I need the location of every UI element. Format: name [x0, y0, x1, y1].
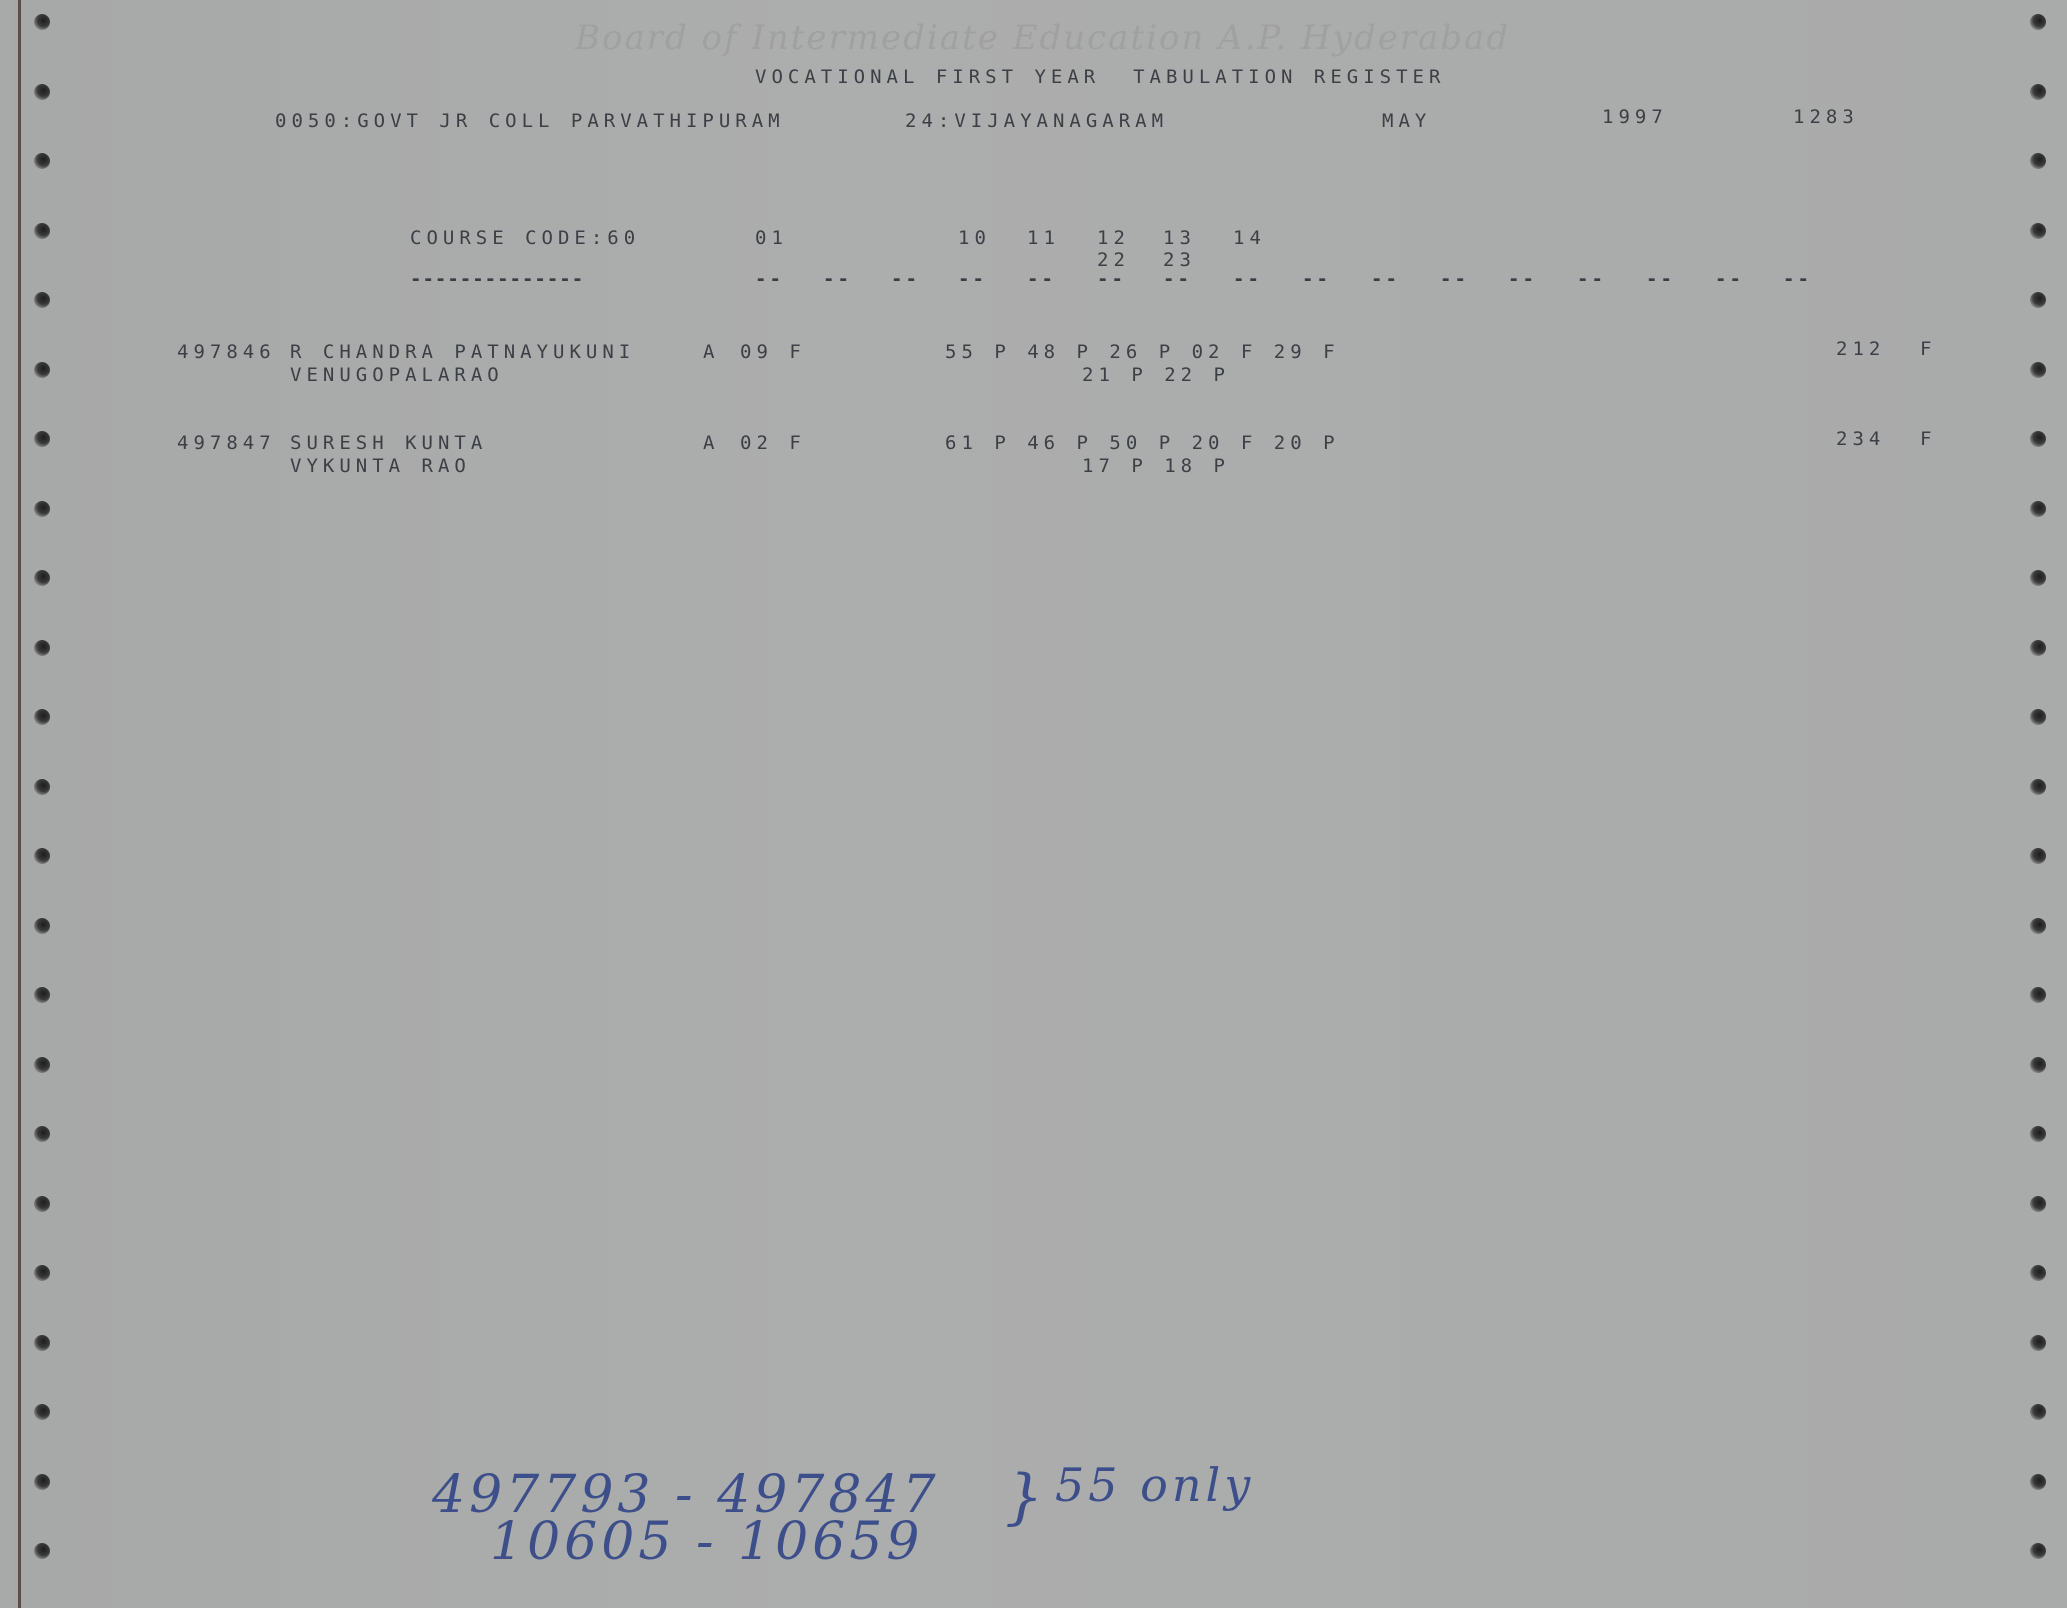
- candidate-flag: A: [703, 343, 719, 362]
- exam-month: MAY: [1382, 112, 1431, 131]
- feed-hole-icon: [34, 918, 50, 934]
- father-name: VENUGOPALARAO: [290, 366, 504, 385]
- feed-hole-icon: [2030, 1057, 2046, 1073]
- column-dash: --: [1508, 268, 1537, 290]
- feed-hole-icon: [34, 292, 50, 308]
- feed-hole-icon: [2030, 1265, 2046, 1281]
- feed-hole-icon: [2030, 570, 2046, 586]
- column-dash: --: [1715, 268, 1744, 290]
- feed-hole-icon: [2030, 223, 2046, 239]
- subject-code-14: 14: [1233, 229, 1266, 248]
- column-dash: --: [1027, 268, 1056, 290]
- father-name: VYKUNTA RAO: [290, 457, 471, 476]
- subject-code-12: 12: [1097, 229, 1130, 248]
- feed-hole-icon: [34, 1404, 50, 1420]
- handwritten-count-note: 55 only: [1055, 1458, 1254, 1512]
- feed-hole-icon: [2030, 1126, 2046, 1142]
- feed-hole-icon: [34, 779, 50, 795]
- feed-hole-icon: [2030, 1404, 2046, 1420]
- student-name: R CHANDRA PATNAYUKUNI: [290, 343, 635, 362]
- handwritten-brace: }: [1005, 1462, 1047, 1532]
- college-code: 0050:GOVT JR COLL PARVATHIPURAM: [275, 112, 785, 131]
- feed-hole-icon: [2030, 84, 2046, 100]
- feed-hole-icon: [2030, 1474, 2046, 1490]
- candidate-flag: A: [703, 434, 719, 453]
- feed-hole-icon: [34, 84, 50, 100]
- feed-hole-icon: [34, 501, 50, 517]
- feed-hole-icon: [2030, 640, 2046, 656]
- result: F: [1920, 340, 1936, 359]
- column-dash: --: [891, 268, 920, 290]
- column-dash: --: [1163, 268, 1192, 290]
- subject-code-11: 11: [1027, 229, 1060, 248]
- feed-hole-icon: [34, 1057, 50, 1073]
- feed-hole-icon: [2030, 1543, 2046, 1559]
- handwritten-serial-range: 10605 - 10659: [490, 1512, 923, 1572]
- column-dash: --: [1371, 268, 1400, 290]
- feed-hole-icon: [2030, 153, 2046, 169]
- column-dash: --: [1577, 268, 1606, 290]
- feed-hole-icon: [2030, 292, 2046, 308]
- column-dash: --: [823, 268, 852, 290]
- feed-hole-icon: [2030, 918, 2046, 934]
- column-dash: --: [755, 268, 784, 290]
- feed-hole-icon: [34, 1196, 50, 1212]
- feed-hole-icon: [34, 1474, 50, 1490]
- feed-hole-icon: [2030, 848, 2046, 864]
- paper-edge: [18, 0, 21, 1608]
- feed-hole-icon: [34, 1543, 50, 1559]
- feed-hole-icon: [2030, 987, 2046, 1003]
- column-dash: --: [1233, 268, 1262, 290]
- feed-hole-icon: [34, 1126, 50, 1142]
- feed-hole-icon: [34, 431, 50, 447]
- feed-hole-icon: [2030, 1335, 2046, 1351]
- roll-number: 497846: [177, 343, 276, 362]
- feed-hole-icon: [34, 1265, 50, 1281]
- feed-hole-icon: [34, 987, 50, 1003]
- feed-hole-icon: [2030, 709, 2046, 725]
- total-marks: 234: [1836, 430, 1885, 449]
- column-dash: --: [1783, 268, 1812, 290]
- feed-hole-icon: [34, 223, 50, 239]
- feed-hole-icon: [34, 570, 50, 586]
- register-title: VOCATIONAL FIRST YEAR TABULATION REGISTE…: [755, 68, 1445, 87]
- marks-row-1: 55 P 48 P 26 P 02 F 29 F: [945, 343, 1340, 362]
- marks-row-2: 17 P 18 P: [1082, 457, 1230, 476]
- course-code-label: COURSE CODE:60: [410, 229, 640, 248]
- district-code: 24:VIJAYANAGARAM: [905, 112, 1168, 131]
- page-number: 1283: [1793, 108, 1859, 127]
- feed-hole-icon: [2030, 779, 2046, 795]
- subject-code-10: 10: [958, 229, 991, 248]
- column-dash: --: [958, 268, 987, 290]
- column-dash: --: [1097, 268, 1126, 290]
- exam-year: 1997: [1602, 108, 1668, 127]
- feed-hole-icon: [2030, 501, 2046, 517]
- feed-hole-icon: [2030, 431, 2046, 447]
- feed-hole-icon: [34, 362, 50, 378]
- marks-subject-01: 02 F: [740, 434, 806, 453]
- course-code-underline: --------------: [410, 268, 584, 290]
- feed-hole-icon: [34, 709, 50, 725]
- feed-hole-icon: [34, 640, 50, 656]
- feed-hole-icon: [34, 14, 50, 30]
- roll-number: 497847: [177, 434, 276, 453]
- ghost-header: Board of Intermediate Education A.P. Hyd…: [575, 18, 1510, 58]
- feed-hole-icon: [2030, 14, 2046, 30]
- student-name: SURESH KUNTA: [290, 434, 487, 453]
- feed-hole-icon: [34, 848, 50, 864]
- marks-subject-01: 09 F: [740, 343, 806, 362]
- feed-hole-icon: [2030, 362, 2046, 378]
- subject-code-01: 01: [755, 229, 788, 248]
- total-marks: 212: [1836, 340, 1885, 359]
- feed-hole-icon: [34, 1335, 50, 1351]
- feed-hole-icon: [34, 153, 50, 169]
- column-dash: --: [1646, 268, 1675, 290]
- marks-row-1: 61 P 46 P 50 P 20 F 20 P: [945, 434, 1340, 453]
- column-dash: --: [1440, 268, 1469, 290]
- feed-hole-icon: [2030, 1196, 2046, 1212]
- marks-row-2: 21 P 22 P: [1082, 366, 1230, 385]
- column-dash: --: [1302, 268, 1331, 290]
- subject-code-13: 13: [1163, 229, 1196, 248]
- result: F: [1920, 430, 1936, 449]
